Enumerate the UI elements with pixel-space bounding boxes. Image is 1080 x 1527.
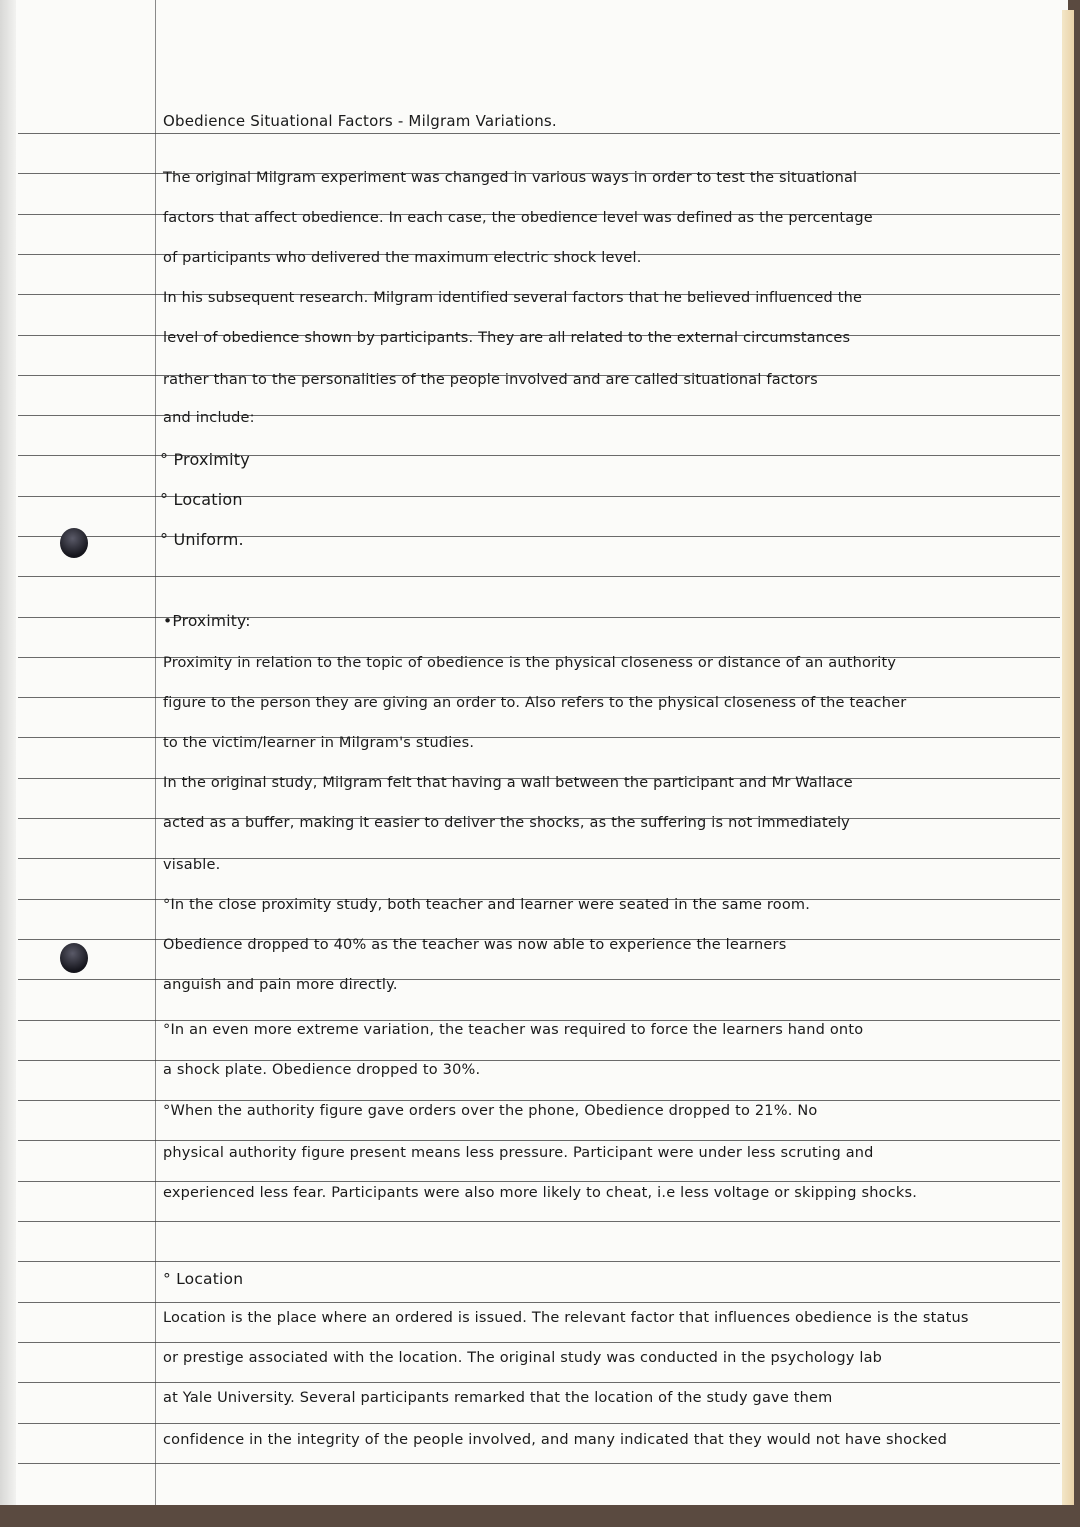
text-line: confidence in the integrity of the peopl… [163,1432,947,1448]
notebook-page: Obedience Situational Factors - Milgram … [0,0,1068,1505]
text-line: factors that affect obedience. In each c… [163,210,873,226]
text-line: visable. [163,857,220,873]
text-line: and include: [163,410,255,426]
ruled-line [18,1261,1060,1262]
text-line: experienced less fear. Participants were… [163,1185,917,1201]
text-line: In his subsequent research. Milgram iden… [163,290,862,306]
ruled-line [18,1302,1060,1303]
ruled-line [18,1342,1060,1343]
text-line: anguish and pain more directly. [163,977,398,993]
text-line: of participants who delivered the maximu… [163,250,642,266]
ruled-line [18,133,1060,134]
margin-line [155,0,156,1505]
ruled-line [18,1463,1060,1464]
text-line: rather than to the personalities of the … [163,372,818,388]
text-line: to the victim/learner in Milgram's studi… [163,735,474,751]
punch-hole-icon [60,528,88,558]
text-line: Obedience dropped to 40% as the teacher … [163,937,786,953]
text-line: figure to the person they are giving an … [163,695,906,711]
punch-hole-icon [60,943,88,973]
text-line: Location is the place where an ordered i… [163,1310,969,1326]
ruled-line [18,1423,1060,1424]
section-heading-proximity: •Proximity: [163,612,251,630]
ruled-line [18,1140,1060,1141]
ruled-line [18,1100,1060,1101]
text-line: °When the authority figure gave orders o… [163,1103,817,1119]
text-line: at Yale University. Several participants… [163,1390,832,1406]
text-line: a shock plate. Obedience dropped to 30%. [163,1062,480,1078]
text-line: The original Milgram experiment was chan… [163,170,857,186]
ruled-line [18,1020,1060,1021]
text-line: Proximity in relation to the topic of ob… [163,655,896,671]
page-edge-shadow [0,0,16,1505]
text-line: °In the close proximity study, both teac… [163,897,810,913]
factor-list-item: ° Location [160,490,243,509]
ruled-line [18,1060,1060,1061]
text-line: In the original study, Milgram felt that… [163,775,853,791]
factor-list-item: ° Uniform. [160,530,244,549]
page-title: Obedience Situational Factors - Milgram … [163,112,557,130]
page-edge-strip [1062,10,1074,1505]
ruled-line [18,1382,1060,1383]
text-line: or prestige associated with the location… [163,1350,882,1366]
factor-list-item: ° Proximity [160,450,250,469]
text-line: level of obedience shown by participants… [163,330,850,346]
ruled-line [18,1181,1060,1182]
text-line: physical authority figure present means … [163,1145,874,1161]
section-heading-location: ° Location [163,1270,243,1288]
ruled-line [18,576,1060,577]
text-line: acted as a buffer, making it easier to d… [163,815,850,831]
text-line: °In an even more extreme variation, the … [163,1022,863,1038]
ruled-line [18,1221,1060,1222]
